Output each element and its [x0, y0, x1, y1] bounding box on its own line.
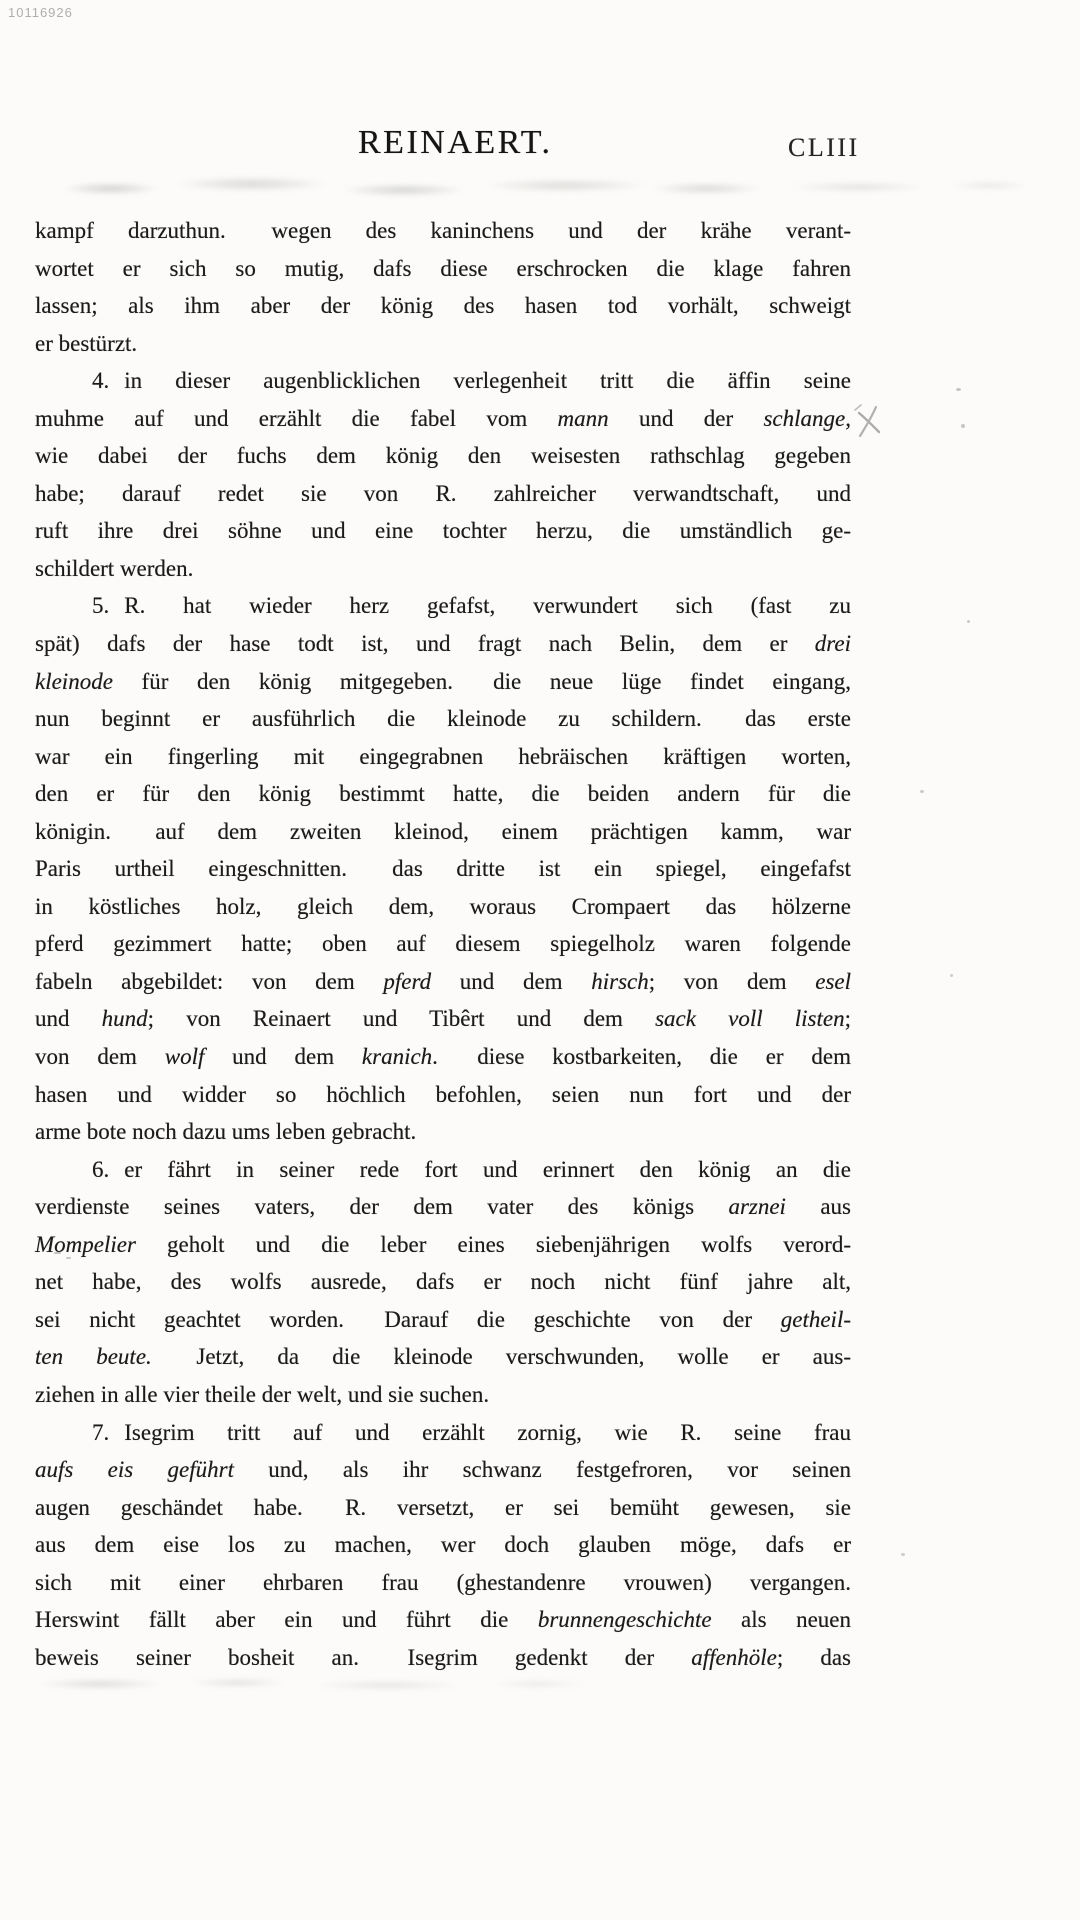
italic-text: schlange,	[763, 406, 851, 431]
text-segment: sei nicht geachtet worden. Darauf die ge…	[35, 1307, 781, 1332]
text-segment: aus	[786, 1194, 851, 1219]
text-segment: und der	[609, 406, 764, 431]
text-segment: und dem	[204, 1044, 362, 1069]
text-segment: geholt und die leber eines siebenjährige…	[136, 1232, 851, 1257]
text-line: arme bote noch dazu ums leben gebracht.	[35, 1113, 851, 1151]
text-line: sich mit einer ehrbaren frau (ghestanden…	[35, 1564, 851, 1602]
italic-text: kleinode	[35, 669, 113, 694]
scanned-page: 10116926 REINAERT. CLIII kampf darzuthun…	[0, 0, 1080, 1920]
paragraph-number: 7.	[92, 1420, 109, 1445]
text-segment: augen geschändet habe. R. versetzt, er s…	[35, 1495, 851, 1520]
text-line: Herswint fällt aber ein und führt die br…	[35, 1601, 851, 1639]
text-segment: R. hat wieder herz gefafst, verwundert s…	[124, 593, 851, 618]
text-segment: in dieser augenblicklichen verlegenheit …	[124, 368, 851, 393]
ink-speck	[901, 1553, 905, 1556]
text-line: war ein fingerling mit eingegrabnen hebr…	[35, 738, 851, 776]
ink-speck	[920, 790, 924, 793]
text-line: 5.R. hat wieder herz gefafst, verwundert…	[35, 587, 851, 625]
text-segment: arme bote noch dazu ums leben gebracht.	[35, 1119, 416, 1144]
text-line: Paris urtheil eingeschnitten. das dritte…	[35, 850, 851, 888]
text-line: ten beute. Jetzt, da die kleinode versch…	[35, 1338, 851, 1376]
italic-text: pferd	[383, 969, 431, 994]
text-line: den er für den könig bestimmt hatte, die…	[35, 775, 851, 813]
italic-text: aufs eis geführt	[35, 1457, 234, 1482]
text-segment: königin. auf dem zweiten kleinod, einem …	[35, 819, 851, 844]
text-segment: wie dabei der fuchs dem könig den weises…	[35, 443, 851, 468]
ink-speck	[967, 620, 970, 623]
text-line: hasen und widder so höchlich befohlen, s…	[35, 1076, 851, 1114]
text-segment: wortet er sich so mutig, dafs diese ersc…	[35, 256, 851, 281]
text-line: net habe, des wolfs ausrede, dafs er noc…	[35, 1263, 851, 1301]
italic-text: drei	[815, 631, 851, 656]
text-line: aufs eis geführt und, als ihr schwanz fe…	[35, 1451, 851, 1489]
text-line: 4.in dieser augenblicklichen verlegenhei…	[35, 362, 851, 400]
text-line: kampf darzuthun. wegen des kaninchens un…	[35, 212, 851, 250]
text-line: muhme auf und erzählt die fabel vom mann…	[35, 400, 851, 438]
pencil-dot	[54, 1252, 61, 1254]
italic-text: sack voll listen	[655, 1006, 845, 1031]
italic-text: getheil-	[781, 1307, 851, 1332]
text-line: kleinode für den könig mitgegeben. die n…	[35, 663, 851, 701]
page-number: CLIII	[788, 133, 860, 163]
text-segment: beweis seiner bosheit an. Isegrim gedenk…	[35, 1645, 691, 1670]
paragraph-number: 4.	[92, 368, 109, 393]
text-segment: war ein fingerling mit eingegrabnen hebr…	[35, 744, 851, 769]
text-line: und hund; von Reinaert und Tibêrt und de…	[35, 1000, 851, 1038]
text-line: aus dem eise los zu machen, wer doch gla…	[35, 1526, 851, 1564]
text-line: lassen; als ihm aber der könig des hasen…	[35, 287, 851, 325]
text-line: in köstliches holz, gleich dem, woraus C…	[35, 888, 851, 926]
text-line: habe; darauf redet sie von R. zahlreiche…	[35, 475, 851, 513]
italic-text: brunnengeschichte	[538, 1607, 712, 1632]
italic-text: ten beute.	[35, 1344, 152, 1369]
text-segment: lassen; als ihm aber der könig des hasen…	[35, 293, 851, 318]
text-segment: spät) dafs der hase todt ist, und fragt …	[35, 631, 815, 656]
text-line: Mompelier geholt und die leber eines sie…	[35, 1226, 851, 1264]
ink-speck	[961, 424, 965, 428]
paragraph-number: 5.	[92, 593, 109, 618]
pencil-dot	[66, 1257, 71, 1259]
text-segment: habe; darauf redet sie von R. zahlreiche…	[35, 481, 851, 506]
text-segment: . diese kostbarkeiten, die er dem	[432, 1044, 851, 1069]
text-line: wie dabei der fuchs dem könig den weises…	[35, 437, 851, 475]
text-line: augen geschändet habe. R. versetzt, er s…	[35, 1489, 851, 1527]
text-line: wortet er sich so mutig, dafs diese ersc…	[35, 250, 851, 288]
scan-id: 10116926	[8, 5, 73, 20]
text-segment: pferd gezimmert hatte; oben auf diesem s…	[35, 931, 851, 956]
text-line: verdienste seines vaters, der dem vater …	[35, 1188, 851, 1226]
scan-smudge-bottom	[28, 1672, 628, 1696]
text-segment: Jetzt, da die kleinode verschwunden, wol…	[152, 1344, 851, 1369]
text-segment: er bestürzt.	[35, 331, 137, 356]
italic-text: affenhöle	[691, 1645, 777, 1670]
text-segment: in köstliches holz, gleich dem, woraus C…	[35, 894, 851, 919]
text-segment: und, als ihr schwanz festgefroren, vor s…	[234, 1457, 851, 1482]
text-segment: ; von Reinaert und Tibêrt und dem	[148, 1006, 655, 1031]
text-segment: ruft ihre drei söhne und eine tochter he…	[35, 518, 851, 543]
italic-text: kranich	[362, 1044, 432, 1069]
text-segment: und dem	[431, 969, 591, 994]
text-segment: sich mit einer ehrbaren frau (ghestanden…	[35, 1570, 851, 1595]
text-block: kampf darzuthun. wegen des kaninchens un…	[35, 212, 851, 1676]
text-segment: nun beginnt er ausführlich die kleinode …	[35, 706, 851, 731]
text-segment: verdienste seines vaters, der dem vater …	[35, 1194, 728, 1219]
text-segment: von dem	[35, 1044, 165, 1069]
text-line: 7.Isegrim tritt auf und erzählt zornig, …	[35, 1414, 851, 1452]
text-segment: ;	[845, 1006, 851, 1031]
italic-text: wolf	[165, 1044, 205, 1069]
page-title: REINAERT.	[358, 124, 553, 162]
text-segment: schildert werden.	[35, 556, 193, 581]
text-segment: er fährt in seiner rede fort und erinner…	[124, 1157, 851, 1182]
text-segment: für den könig mitgegeben. die neue lüge …	[113, 669, 851, 694]
text-segment: Isegrim tritt auf und erzählt zornig, wi…	[124, 1420, 851, 1445]
text-segment: hasen und widder so höchlich befohlen, s…	[35, 1082, 851, 1107]
paragraph-number: 6.	[92, 1157, 109, 1182]
text-line: königin. auf dem zweiten kleinod, einem …	[35, 813, 851, 851]
text-line: spät) dafs der hase todt ist, und fragt …	[35, 625, 851, 663]
text-segment: kampf darzuthun. wegen des kaninchens un…	[35, 218, 851, 243]
italic-text: esel	[815, 969, 851, 994]
text-segment: net habe, des wolfs ausrede, dafs er noc…	[35, 1269, 851, 1294]
text-segment: ziehen in alle vier theile der welt, und…	[35, 1382, 489, 1407]
text-line: beweis seiner bosheit an. Isegrim gedenk…	[35, 1639, 851, 1677]
text-segment: Paris urtheil eingeschnitten. das dritte…	[35, 856, 851, 881]
text-line: er bestürzt.	[35, 325, 851, 363]
text-segment: und	[35, 1006, 102, 1031]
text-segment: den er für den könig bestimmt hatte, die…	[35, 781, 851, 806]
text-segment: muhme auf und erzählt die fabel vom	[35, 406, 558, 431]
text-line: 6.er fährt in seiner rede fort und erinn…	[35, 1151, 851, 1189]
ink-speck	[956, 388, 961, 391]
text-segment: Herswint fällt aber ein und führt die	[35, 1607, 538, 1632]
text-line: fabeln abgebildet: von dem pferd und dem…	[35, 963, 851, 1001]
text-line: von dem wolf und dem kranich. diese kost…	[35, 1038, 851, 1076]
italic-text: mann	[558, 406, 609, 431]
text-segment: ; von dem	[649, 969, 816, 994]
text-line: schildert werden.	[35, 550, 851, 588]
text-segment: aus dem eise los zu machen, wer doch gla…	[35, 1532, 851, 1557]
ink-speck	[950, 974, 953, 977]
text-line: nun beginnt er ausführlich die kleinode …	[35, 700, 851, 738]
text-line: pferd gezimmert hatte; oben auf diesem s…	[35, 925, 851, 963]
text-segment: ; das	[777, 1645, 851, 1670]
text-line: ziehen in alle vier theile der welt, und…	[35, 1376, 851, 1414]
italic-text: arznei	[728, 1194, 786, 1219]
text-line: ruft ihre drei söhne und eine tochter he…	[35, 512, 851, 550]
text-segment: als neuen	[712, 1607, 851, 1632]
italic-text: hirsch	[591, 969, 649, 994]
italic-text: Mompelier	[35, 1232, 136, 1257]
text-line: sei nicht geachtet worden. Darauf die ge…	[35, 1301, 851, 1339]
scan-smudge-top	[30, 172, 1040, 202]
italic-text: hund	[102, 1006, 148, 1031]
pencil-mark-x	[852, 402, 886, 440]
text-segment: fabeln abgebildet: von dem	[35, 969, 383, 994]
